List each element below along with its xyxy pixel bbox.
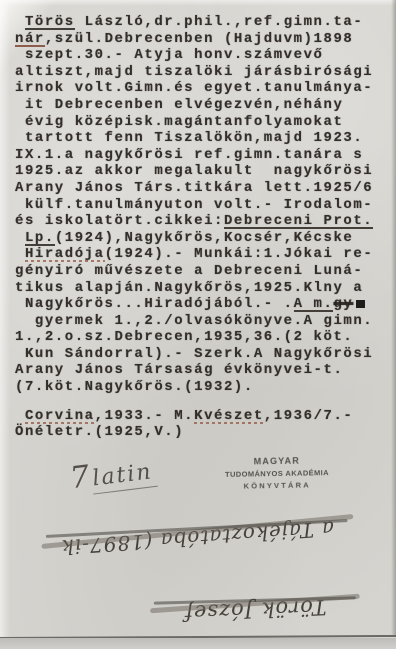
typed-segment: Nagykőrös...Hiradójából.- .	[15, 296, 294, 312]
typed-segment: Kun Sándorral).- Szerk.A Nagykőrösi	[15, 346, 373, 362]
stamp-line: KÖNYVTÁRA	[222, 480, 332, 491]
typed-segment: gyermek 1.,2./olvasókönyve.A gimn.	[15, 313, 373, 329]
typed-text-block: Törös László,dr.phil.,ref.gimn.ta-nár,sz…	[15, 14, 385, 441]
typed-segment: 1925.az akkor megalakult nagykőrösi	[15, 163, 373, 179]
paper-top-edge	[0, 0, 396, 6]
typed-segment	[15, 246, 25, 262]
typed-segment: Önéletr.(1925,V.)	[15, 424, 184, 440]
typed-segment: 1.,2.o.sz.Debrecen,1935,36.(2 köt.	[15, 329, 353, 345]
typed-segment: altiszt,majd tiszalöki járásbirósági	[15, 64, 373, 80]
typed-line: it Debrecenben elvégezvén,néhány	[15, 97, 385, 114]
shelfmark-number: 7	[68, 459, 93, 496]
stamp-line: TUDOMÁNYOS AKADÉMIA	[222, 468, 332, 479]
typed-segment-u2: nár	[15, 31, 45, 47]
typed-segment: évig középisk.magántanfolyamokat	[15, 114, 343, 130]
photo-bottom-band	[0, 638, 396, 649]
typed-line: Arany János Társaság évkönyvei-t.	[15, 362, 385, 379]
typed-segment-u: Törös	[25, 14, 75, 30]
typed-line: gényiró művészete a Debreceni Luná-	[15, 263, 385, 280]
typed-line: 1925.az akkor megalakult nagykőrösi	[15, 163, 385, 180]
typed-line: Törös László,dr.phil.,ref.gimn.ta-	[15, 14, 385, 31]
typed-line: évig középisk.magántanfolyamokat	[15, 114, 385, 131]
typed-segment-ud: Hiradója	[25, 246, 105, 262]
typed-segment-st: gy	[333, 296, 353, 312]
typed-footer-lines: Corvina,1933.- M.Kvészet,1936/7.-Önéletr…	[15, 408, 385, 441]
typed-line: Nagykőrös...Hiradójából.- .A m.gy	[15, 296, 385, 313]
stamp-line: MAGYAR	[222, 455, 332, 467]
paper-left-edge	[0, 0, 10, 637]
typed-segment: ,szül.Debrecenben (Hajduvm)1898	[45, 31, 354, 47]
typed-segment: tikus alapján.Nagykőrös,1925.Klny a	[15, 280, 363, 296]
typed-segment: it Debrecenben elvégezvén,néhány	[15, 97, 343, 113]
typed-segment	[15, 14, 25, 30]
typed-segment: külf.tanulmányuton volt.- Irodalom-	[15, 197, 373, 213]
typed-segment: és iskolatört.cikkei:	[15, 213, 224, 229]
typed-segment	[15, 408, 25, 424]
typed-segment: (1924),Nagykőrös,Kocsér,Kécske	[55, 230, 354, 246]
typed-segment-u: A m.	[294, 296, 334, 312]
typed-line: szept.30.- Atyja honv.számvevő	[15, 47, 385, 64]
typed-segment-blot	[356, 300, 365, 308]
typed-segment: László,dr.phil.,ref.gimn.ta-	[75, 14, 364, 30]
typed-line: gyermek 1.,2./olvasókönyve.A gimn.	[15, 313, 385, 330]
typed-segment: ,1933.- M.	[95, 408, 195, 424]
library-stamp: MAGYAR TUDOMÁNYOS AKADÉMIA KÖNYVTÁRA	[222, 455, 333, 491]
typed-segment-ud: Corvina	[25, 408, 95, 424]
typed-line: Kun Sándorral).- Szerk.A Nagykőrösi	[15, 346, 385, 363]
typed-line: irnok volt.Gimn.és egyet.tanulmánya-	[15, 80, 385, 97]
typed-segment: Arany János Társ.titkára lett.1925/6	[15, 180, 373, 196]
typed-segment	[15, 230, 25, 246]
typed-line: Arany János Társ.titkára lett.1925/6	[15, 180, 385, 197]
typed-line: Corvina,1933.- M.Kvészet,1936/7.-	[15, 408, 385, 425]
paper-right-edge	[391, 0, 396, 637]
typed-line: 1.,2.o.sz.Debrecen,1935,36.(2 köt.	[15, 329, 385, 346]
typed-line: és iskolatört.cikkei:Debreceni Prot.	[15, 213, 385, 230]
typed-segment: Arany János Társaság évkönyvei-t.	[15, 362, 343, 378]
typed-main-lines: Törös László,dr.phil.,ref.gimn.ta-nár,sz…	[15, 14, 385, 396]
typed-line: nár,szül.Debrecenben (Hajduvm)1898	[15, 31, 385, 48]
typed-line: altiszt,majd tiszalöki járásbirósági	[15, 64, 385, 81]
scanned-catalog-card: Törös László,dr.phil.,ref.gimn.ta-nár,sz…	[0, 0, 396, 649]
typed-segment: gényiró művészete a Debreceni Luná-	[15, 263, 363, 279]
typed-line: tartott fenn Tiszalökön,majd 1923.	[15, 130, 385, 147]
typed-line: Lp.(1924),Nagykőrös,Kocsér,Kécske	[15, 230, 385, 247]
typed-line: IX.1.a nagykőrösi ref.gimn.tanára s	[15, 147, 385, 164]
typed-segment: (1924).- Munkái:1.Jókai re-	[105, 246, 374, 262]
typed-segment: szept.30.- Atyja honv.számvevő	[15, 47, 324, 63]
typed-line: külf.tanulmányuton volt.- Irodalom-	[15, 197, 385, 214]
typed-segment: IX.1.a nagykőrösi ref.gimn.tanára s	[15, 147, 363, 163]
typed-segment-u: Lp.	[25, 230, 55, 246]
typed-line: (7.köt.Nagykőrös.(1932).	[15, 379, 385, 396]
typed-line: Hiradója(1924).- Munkái:1.Jókai re-	[15, 246, 385, 263]
typed-segment: ,1936/7.-	[264, 408, 354, 424]
typed-segment-ud: Kvészet	[194, 408, 264, 424]
typed-segment: tartott fenn Tiszalökön,majd 1923.	[15, 130, 363, 146]
typed-line: tikus alapján.Nagykőrös,1925.Klny a	[15, 280, 385, 297]
typed-segment-u: Debreceni Prot.	[224, 213, 373, 229]
typed-segment: irnok volt.Gimn.és egyet.tanulmánya-	[15, 80, 373, 96]
typed-line: Önéletr.(1925,V.)	[15, 424, 385, 441]
typed-segment: (7.köt.Nagykőrös.(1932).	[15, 379, 254, 395]
